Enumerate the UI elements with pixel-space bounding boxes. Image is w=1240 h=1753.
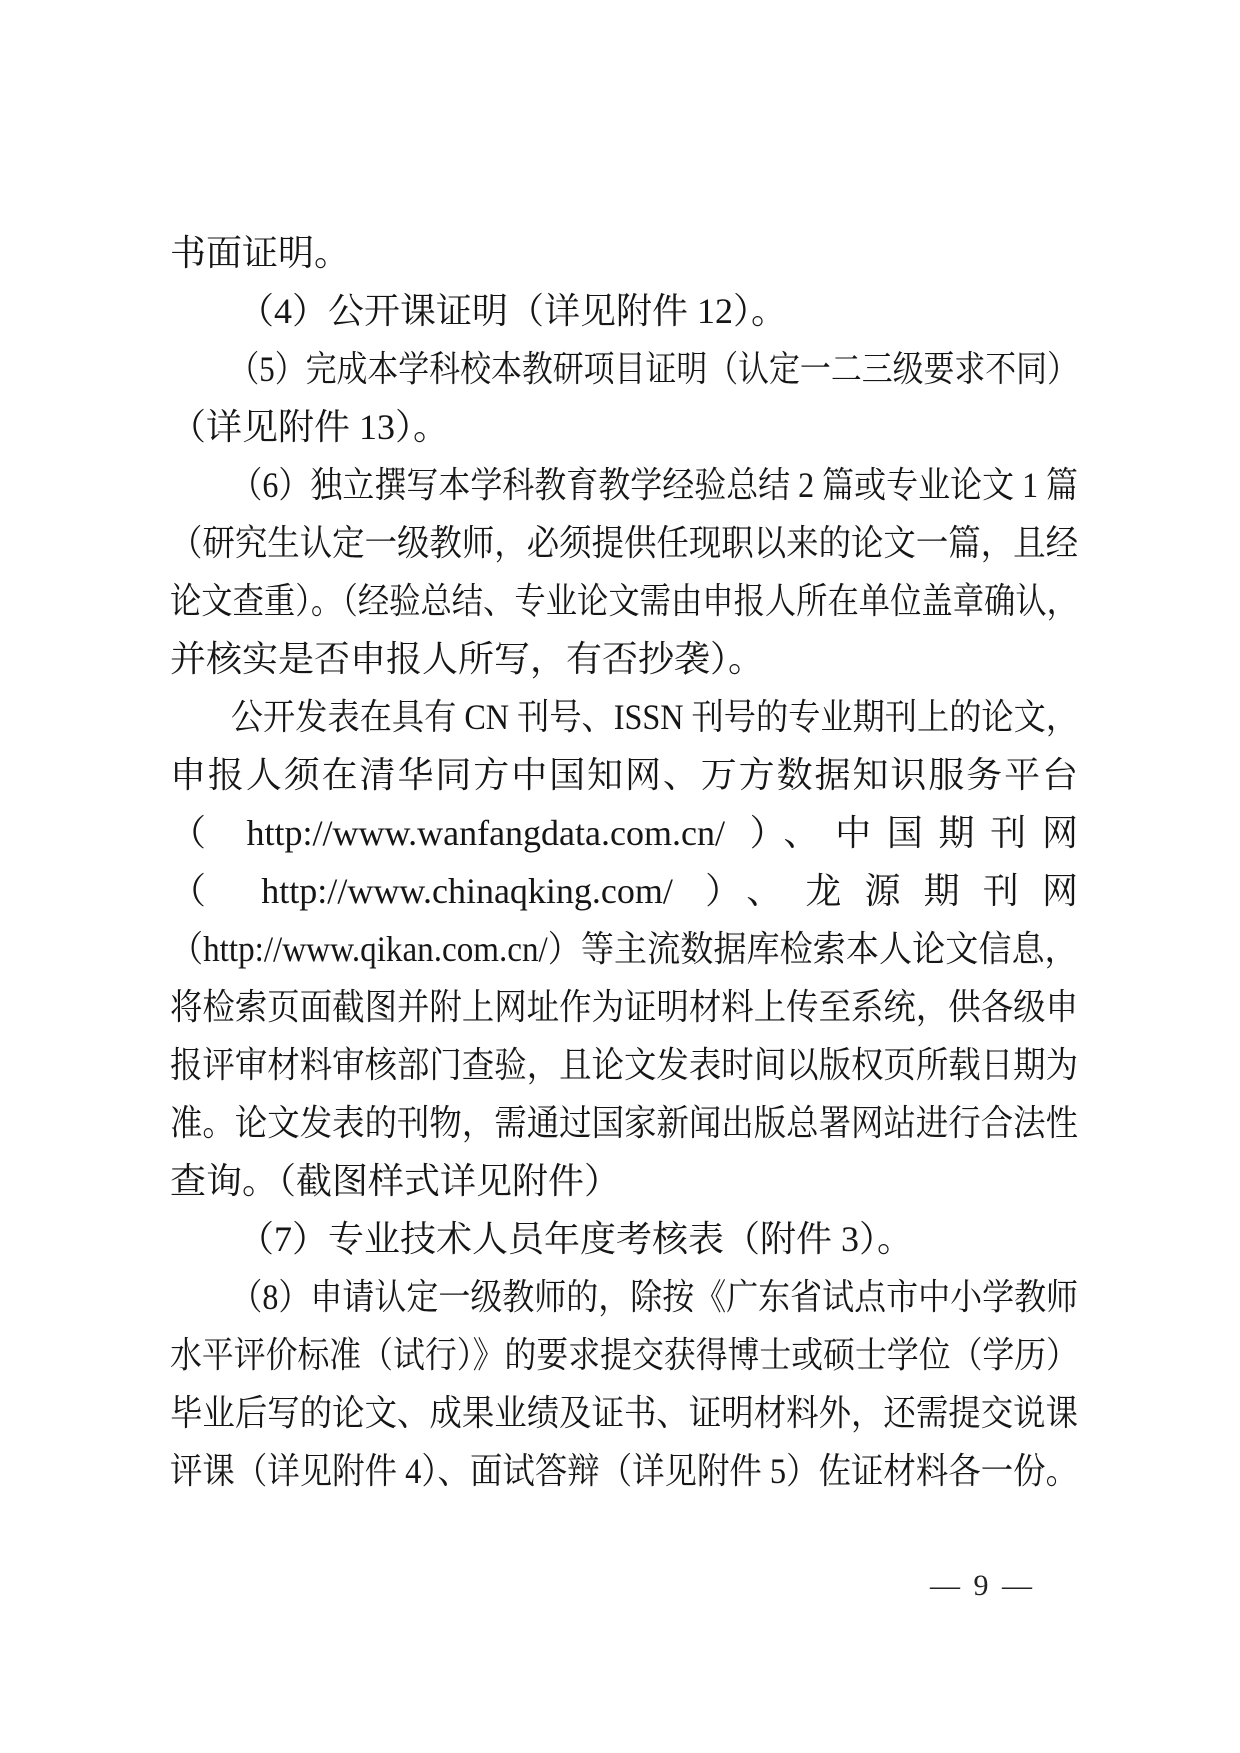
text-line: 将检索页面截图并附上网址作为证明材料上传至系统，供各级申 [170, 978, 988, 1036]
text-line: 书面证明。 [170, 224, 1078, 282]
text-line: （5）完成本学科校本教研项目证明（认定一二三级要求不同） [170, 340, 949, 398]
text-line: 毕业后写的论文、成果业绩及证书、证明材料外，还需提交说课 [170, 1384, 988, 1442]
text-line: （6）独立撰写本学科教育教学经验总结 2 篇或专业论文 1 篇 [170, 456, 977, 514]
text-line: （8）申请认定一级教师的，除按《广东省试点市中小学教师 [170, 1268, 977, 1326]
text-line: （研究生认定一级教师，必须提供任现职以来的论文一篇，且经 [170, 514, 988, 572]
text-line: 申报人须在清华同方中国知网、万方数据知识服务平台 [170, 746, 1078, 804]
document-page: 书面证明。（4）公开课证明（详见附件 12）。（5）完成本学科校本教研项目证明（… [0, 0, 1240, 1753]
text-line: 查询。（截图样式详见附件） [170, 1152, 1078, 1210]
text-line: （详见附件 13）。 [170, 398, 1078, 456]
text-line: （http://www.qikan.com.cn/）等主流数据库检索本人论文信息… [170, 920, 1005, 978]
text-line: （ http://www.wanfangdata.com.cn/ ）、中国期刊网 [170, 804, 1078, 862]
page-number: — 9 — [930, 1566, 1035, 1606]
text-line: 评课（详见附件 4）、面试答辩（详见附件 5）佐证材料各一份。 [170, 1442, 988, 1500]
text-line: （4）公开课证明（详见附件 12）。 [170, 282, 1078, 340]
text-line: 准。论文发表的刊物，需通过国家新闻出版总署网站进行合法性 [170, 1094, 988, 1152]
text-line: 报评审材料审核部门查验，且论文发表时间以版权页所载日期为 [170, 1036, 988, 1094]
text-line: （7）专业技术人员年度考核表（附件 3）。 [170, 1210, 1078, 1268]
text-line: 并核实是否申报人所写，有否抄袭）。 [170, 630, 1078, 688]
text-line: 论文查重）。（经验总结、专业论文需由申报人所在单位盖章确认， [170, 572, 960, 630]
text-line: （ http://www.chinaqking.com/ ）、龙源期刊网 [170, 862, 1078, 920]
text-line: 水平评价标准（试行）》的要求提交获得博士或硕士学位（学历） [170, 1326, 974, 1384]
text-line: 公开发表在具有 CN 刊号、ISSN 刊号的专业期刊上的论文， [170, 688, 982, 746]
document-body: 书面证明。（4）公开课证明（详见附件 12）。（5）完成本学科校本教研项目证明（… [170, 224, 1078, 1500]
